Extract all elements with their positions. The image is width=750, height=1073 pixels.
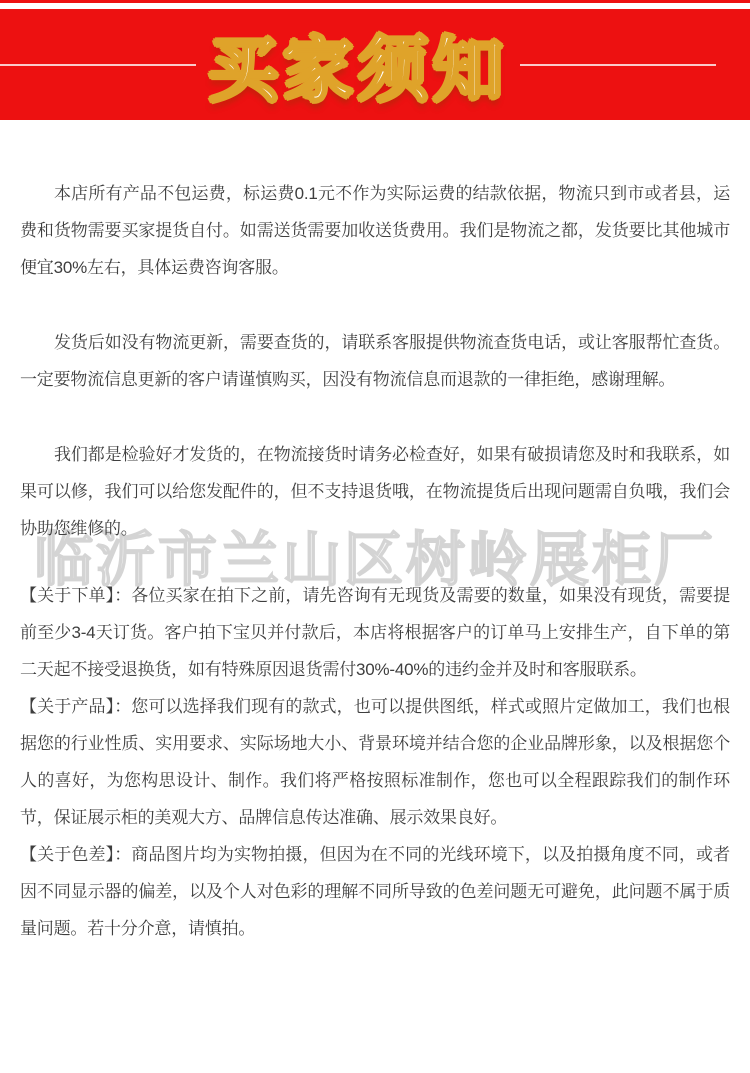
top-red-strip xyxy=(0,0,750,3)
section-color-difference: 【关于色差】：商品图片均为实物拍摄，但因为在不同的光线环境下，以及拍摄角度不同，… xyxy=(20,836,730,947)
buyer-notice-page: 买家须知 临沂市兰山区树岭展柜厂 本店所有产品不包运费，标运费0.1元不作为实际… xyxy=(0,0,750,1073)
goods-inspection-paragraph: 我们都是检验好才发货的，在物流接货时请务必检查好，如果有破损请您及时和我联系，如… xyxy=(20,436,730,547)
page-title: 买家须知 xyxy=(208,14,508,115)
section-ordering: 【关于下单】：各位买家在拍下之前，请先咨询有无现货及需要的数量，如果没有现货，需… xyxy=(20,577,730,688)
section-product-label: 【关于产品】 xyxy=(20,697,114,716)
section-color-difference-label: 【关于色差】 xyxy=(20,845,114,864)
logistics-tracking-paragraph: 发货后如没有物流更新，需要查货的，请联系客服提供物流查货电话，或让客服帮忙查货。… xyxy=(20,324,730,398)
banner-divider-right xyxy=(520,64,716,66)
title-banner: 买家须知 xyxy=(0,9,750,120)
section-product-body: ：您可以选择我们现有的款式，也可以提供图纸，样式或照片定做加工，我们也根据您的行… xyxy=(20,697,730,827)
section-color-difference-body: ：商品图片均为实物拍摄，但因为在不同的光线环境下，以及拍摄角度不同，或者因不同显… xyxy=(20,845,730,938)
section-product: 【关于产品】：您可以选择我们现有的款式，也可以提供图纸，样式或照片定做加工，我们… xyxy=(20,688,730,836)
section-ordering-label: 【关于下单】 xyxy=(20,586,114,605)
shipping-fee-paragraph: 本店所有产品不包运费，标运费0.1元不作为实际运费的结款依据，物流只到市或者县，… xyxy=(20,175,730,286)
notice-content: 本店所有产品不包运费，标运费0.1元不作为实际运费的结款依据，物流只到市或者县，… xyxy=(0,175,750,947)
banner-divider-left xyxy=(0,64,196,66)
section-ordering-body: ：各位买家在拍下之前，请先咨询有无现货及需要的数量，如果没有现货，需要提前至少3… xyxy=(20,586,730,679)
